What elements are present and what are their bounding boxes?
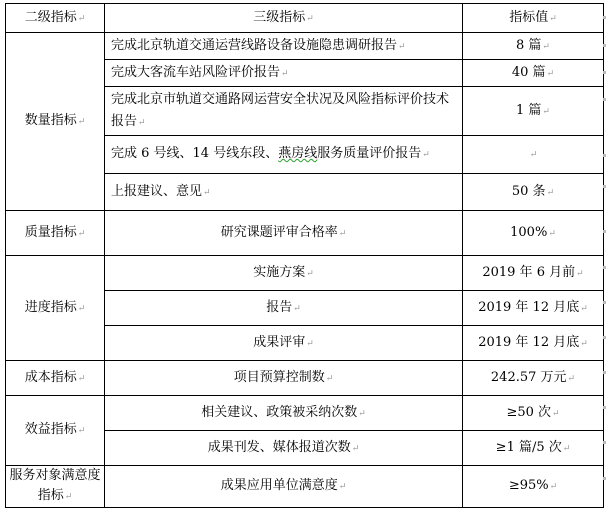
category-cell-satisfaction: 服务对象满意度指标↵ xyxy=(6,466,105,508)
value-cell: ↵ xyxy=(463,136,604,174)
indicator-text: 完成 6 号线、14 号线东段、 xyxy=(111,146,278,161)
table-row: 质量指标↵ 研究课题评审合格率↵ 100%↵ xyxy=(6,211,604,256)
value-text: ≥95% xyxy=(509,478,549,493)
value-cell: 100%↵ xyxy=(463,211,604,256)
indicator-cell: 完成大客流车站风险评价报告↵ xyxy=(105,60,463,87)
indicator-text: 成果应用单位满意度 xyxy=(221,478,338,493)
table-row: 数量指标↵ 完成北京轨道交通运营线路设备设施隐患调研报告↵ 8 篇↵ xyxy=(6,33,604,60)
indicator-cell: 成果刊发、媒体报道次数↵ xyxy=(105,431,463,466)
indicator-cell: 完成北京轨道交通运营线路设备设施隐患调研报告↵ xyxy=(105,33,463,60)
value-cell: ≥1 篇/5 次↵ xyxy=(463,431,604,466)
category-cell-quality: 质量指标↵ xyxy=(6,211,105,256)
category-cell-benefit: 效益指标↵ xyxy=(6,396,105,466)
paragraph-mark-icon: ↵ xyxy=(552,409,560,419)
indicator-cell: 相关建议、政策被采纳次数↵ xyxy=(105,396,463,431)
paragraph-mark-icon: ↵ xyxy=(398,42,406,52)
value-cell: 40 篇↵ xyxy=(463,60,604,87)
paragraph-mark-icon: ↵ xyxy=(550,482,558,492)
indicator-text: 成果刊发、媒体报道次数 xyxy=(208,440,351,455)
header-level2: 二级指标↵ xyxy=(6,4,105,33)
value-text: ≥1 篇/5 次 xyxy=(496,440,562,455)
paragraph-mark-icon: ↵ xyxy=(422,150,430,160)
paragraph-mark-icon: ↵ xyxy=(78,304,86,314)
table-row: 效益指标↵ 相关建议、政策被采纳次数↵ ≥50 次↵ xyxy=(6,396,604,431)
value-text: 8 篇 xyxy=(516,38,541,53)
paragraph-mark-icon: ↵ xyxy=(547,188,555,198)
indicator-cell: 完成 6 号线、14 号线东段、燕房线服务质量评价报告↵ xyxy=(105,136,463,174)
header-level3: 三级指标↵ xyxy=(105,4,463,33)
paragraph-mark-icon: ↵ xyxy=(281,69,289,79)
paragraph-mark-icon: ↵ xyxy=(530,150,538,160)
category-label: 服务对象满意度指标 xyxy=(9,468,100,503)
indicator-text: 完成大客流车站风险评价报告 xyxy=(111,65,280,80)
value-cell: ≥95%↵ xyxy=(463,466,604,508)
category-label: 效益指标 xyxy=(25,422,77,437)
paragraph-mark-icon: ↵ xyxy=(78,229,86,239)
value-text: 242.57 万元 xyxy=(491,370,567,385)
indicator-cell: 研究课题评审合格率↵ xyxy=(105,211,463,256)
paragraph-mark-icon: ↵ xyxy=(547,69,555,79)
indicator-text: 相关建议、政策被采纳次数 xyxy=(201,405,357,420)
paragraph-mark-icon: ↵ xyxy=(339,482,347,492)
category-cell-cost: 成本指标↵ xyxy=(6,361,105,396)
header-value: 指标值↵ xyxy=(463,4,604,33)
category-label: 成本指标 xyxy=(25,370,77,385)
paragraph-mark-icon: ↵ xyxy=(563,444,571,454)
paragraph-mark-icon: ↵ xyxy=(549,14,557,24)
value-cell: 1 篇↵ xyxy=(463,87,604,136)
paragraph-mark-icon: ↵ xyxy=(78,14,86,24)
indicator-cell: 成果应用单位满意度↵ xyxy=(105,466,463,508)
paragraph-mark-icon: ↵ xyxy=(138,118,146,128)
value-text: ≥50 次 xyxy=(506,405,551,420)
paragraph-mark-icon: ↵ xyxy=(542,107,550,117)
indicator-cell: 报告↵ xyxy=(105,291,463,326)
paragraph-mark-icon: ↵ xyxy=(306,14,314,24)
paragraph-mark-icon: ↵ xyxy=(306,339,314,349)
table-row: 进度指标↵ 实施方案↵ 2019 年 6 月前↵ xyxy=(6,256,604,291)
paragraph-mark-icon: ↵ xyxy=(576,269,584,279)
indicator-text: 上报建议、意见 xyxy=(111,184,202,199)
paragraph-mark-icon: ↵ xyxy=(326,374,334,384)
value-text: 40 篇 xyxy=(512,65,546,80)
header-level2-text: 二级指标 xyxy=(25,10,77,25)
paragraph-mark-icon: ↵ xyxy=(580,339,588,349)
paragraph-mark-icon: ↵ xyxy=(339,229,347,239)
indicator-text: 报告 xyxy=(266,300,292,315)
value-cell: 50 条↵ xyxy=(463,174,604,211)
value-text: 100% xyxy=(510,225,547,240)
value-cell: ≥50 次↵ xyxy=(463,396,604,431)
paragraph-mark-icon: ↵ xyxy=(358,409,366,419)
category-label: 质量指标 xyxy=(25,225,77,240)
value-text: 2019 年 12 月底 xyxy=(478,335,579,350)
paragraph-mark-icon: ↵ xyxy=(78,426,86,436)
header-level3-text: 三级指标 xyxy=(253,10,305,25)
paragraph-mark-icon: ↵ xyxy=(65,492,73,502)
header-value-text: 指标值 xyxy=(509,10,548,25)
table-row: 成本指标↵ 项目预算控制数↵ 242.57 万元↵ xyxy=(6,361,604,396)
value-text: 2019 年 6 月前 xyxy=(482,265,575,280)
paragraph-mark-icon: ↵ xyxy=(78,117,86,127)
paragraph-mark-icon: ↵ xyxy=(568,374,576,384)
indicator-text: 完成北京市轨道交通路网运营安全状况及风险指标评价技术报告 xyxy=(111,92,449,129)
value-text: 50 条 xyxy=(512,184,546,199)
value-cell: 2019 年 12 月底↵ xyxy=(463,291,604,326)
table-row: 服务对象满意度指标↵ 成果应用单位满意度↵ ≥95%↵ xyxy=(6,466,604,508)
indicator-text-suffix: 服务质量评价报告 xyxy=(317,146,421,161)
value-cell: 2019 年 12 月底↵ xyxy=(463,326,604,361)
value-text: 2019 年 12 月底 xyxy=(478,300,579,315)
header-row: 二级指标↵ 三级指标↵ 指标值↵ xyxy=(6,4,604,33)
performance-indicator-table: 二级指标↵ 三级指标↵ 指标值↵ 数量指标↵ 完成北京轨道交通运营线路设备设施隐… xyxy=(5,3,604,508)
indicator-text: 项目预算控制数 xyxy=(234,370,325,385)
paragraph-mark-icon: ↵ xyxy=(548,229,556,239)
indicator-cell: 实施方案↵ xyxy=(105,256,463,291)
indicator-text: 实施方案 xyxy=(253,265,305,280)
category-label: 数量指标 xyxy=(25,113,77,128)
indicator-text: 完成北京轨道交通运营线路设备设施隐患调研报告 xyxy=(111,38,397,53)
category-label: 进度指标 xyxy=(25,300,77,315)
paragraph-mark-icon: ↵ xyxy=(542,42,550,52)
paragraph-mark-icon: ↵ xyxy=(293,304,301,314)
paragraph-mark-icon: ↵ xyxy=(203,188,211,198)
indicator-cell: 上报建议、意见↵ xyxy=(105,174,463,211)
indicator-text: 研究课题评审合格率 xyxy=(221,225,338,240)
value-cell: 2019 年 6 月前↵ xyxy=(463,256,604,291)
paragraph-mark-icon: ↵ xyxy=(78,374,86,384)
paragraph-mark-icon: ↵ xyxy=(580,304,588,314)
paragraph-mark-icon: ↵ xyxy=(306,269,314,279)
indicator-cell: 成果评审↵ xyxy=(105,326,463,361)
indicator-text: 成果评审 xyxy=(253,335,305,350)
paragraph-mark-icon: ↵ xyxy=(352,444,360,454)
value-cell: 8 篇↵ xyxy=(463,33,604,60)
spellcheck-underlined-text: 燕房线 xyxy=(278,146,317,161)
category-cell-progress: 进度指标↵ xyxy=(6,256,105,361)
indicator-cell: 项目预算控制数↵ xyxy=(105,361,463,396)
value-cell: 242.57 万元↵ xyxy=(463,361,604,396)
value-text: 1 篇 xyxy=(516,103,541,118)
indicator-cell: 完成北京市轨道交通路网运营安全状况及风险指标评价技术报告↵ xyxy=(105,87,463,136)
category-cell-quantity: 数量指标↵ xyxy=(6,33,105,211)
